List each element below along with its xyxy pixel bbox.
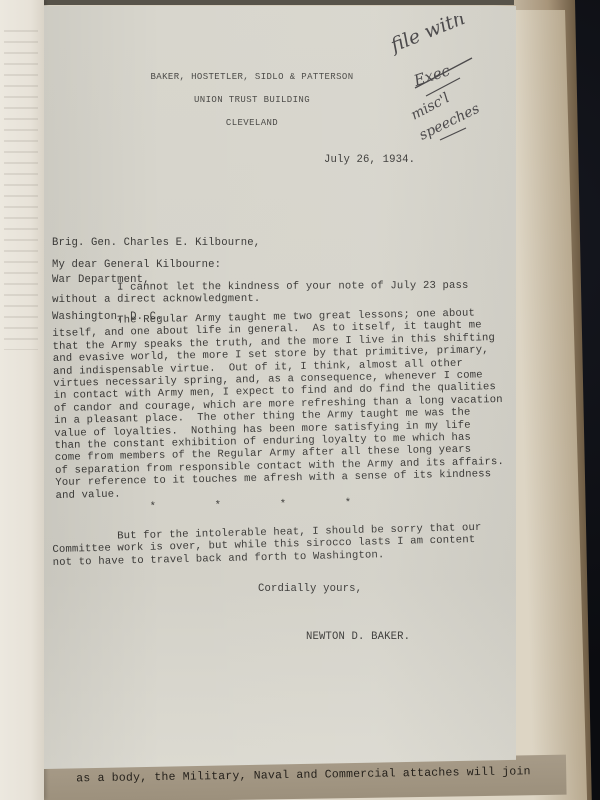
bleed-through-text bbox=[4, 30, 38, 350]
handwritten-annotation: file with Exec misc'l speeches bbox=[380, 16, 530, 146]
paragraph-1: I cannot let the kindness of your note o… bbox=[52, 280, 469, 307]
handwriting-drawing: file with Exec misc'l speeches bbox=[380, 16, 530, 146]
closing: Cordially yours, bbox=[258, 583, 362, 595]
salutation: My dear General Kilbourne: bbox=[52, 259, 221, 271]
signature: NEWTON D. BAKER. bbox=[306, 631, 410, 643]
paragraph-2: The Regular Army taught me two great les… bbox=[52, 307, 505, 502]
previous-page-edge bbox=[0, 0, 44, 800]
folder-top-edge bbox=[44, 0, 514, 5]
letter-page: BAKER, HOSTETLER, SIDLO & PATTERSON UNIO… bbox=[44, 6, 516, 769]
next-document-text: as a body, the Military, Naval and Comme… bbox=[76, 765, 531, 785]
letter-date: July 26, 1934. bbox=[324, 154, 415, 166]
recipient-line: Brig. Gen. Charles E. Kilbourne, bbox=[52, 237, 260, 249]
handwritten-line: file with bbox=[386, 16, 469, 57]
typed-line: without a direct acknowledgment. bbox=[52, 292, 469, 307]
paragraph-3: But for the intolerable heat, I should b… bbox=[52, 522, 482, 569]
